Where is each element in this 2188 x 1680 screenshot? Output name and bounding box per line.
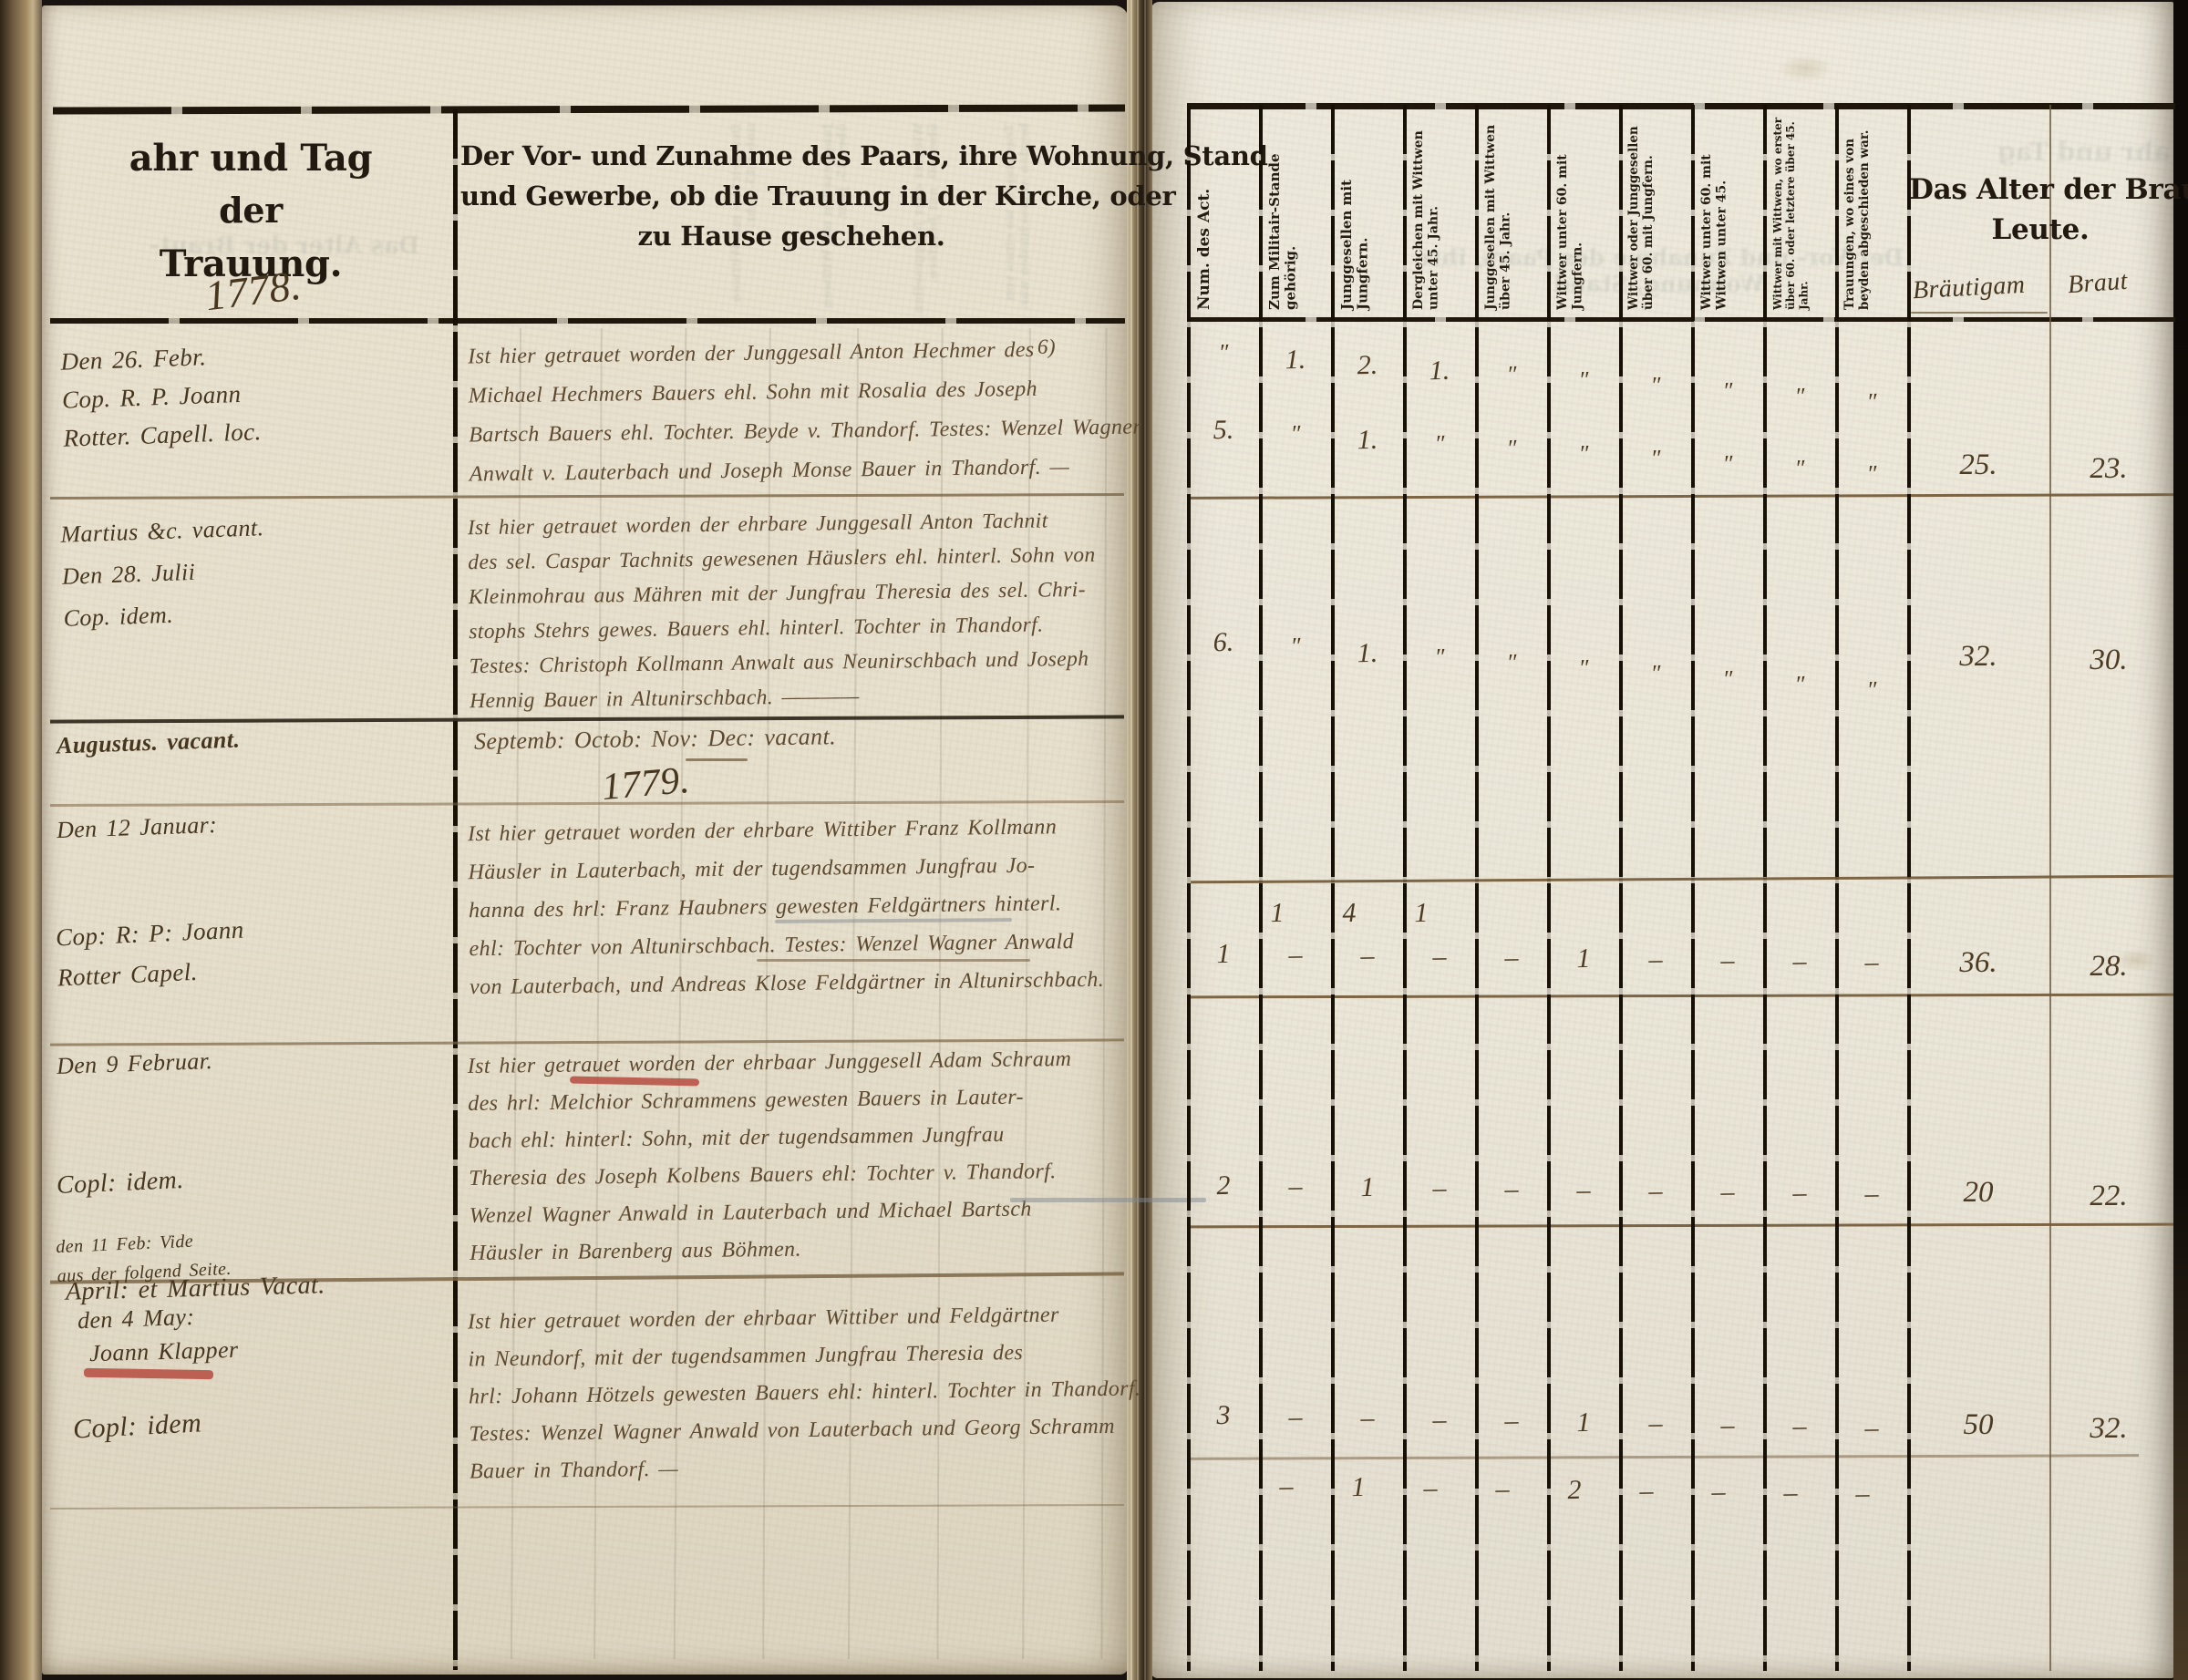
stat-grid-vline	[1763, 105, 1767, 1671]
stat-cell: –	[1698, 1409, 1757, 1441]
stat-grid-vline	[1835, 105, 1839, 1671]
stat-column-header: Num. des Act.	[1195, 117, 1253, 310]
stat-cell: –	[1481, 942, 1541, 974]
stat-cell: ″	[1626, 659, 1685, 687]
stat-cell: 3	[1193, 1399, 1253, 1431]
page-stack-edge	[1144, 0, 1146, 1680]
entry-text-line: Häusler in Barenberg aus Böhmen.	[470, 1228, 1074, 1273]
stat-cell: ″	[1842, 675, 1901, 704]
stat-cell: 1.	[1337, 424, 1397, 456]
stat-cell: ″	[1553, 439, 1613, 468]
age-subheader-bride: Braut	[2067, 267, 2129, 301]
stat-column-header: Wittwer oder Junggesellen über 60. mit J…	[1627, 117, 1685, 310]
stat-cell: –	[1770, 1177, 1829, 1209]
stat-cell: –	[1265, 939, 1325, 971]
stat-grid-vline	[1619, 105, 1623, 1671]
entry6-text: Ist hier getrauet worden der ehrbaar Wit…	[468, 1296, 1142, 1491]
groom-age: 50	[1919, 1408, 2038, 1442]
stat-column-header: Wittwer unter 60. mit Jungfern.	[1555, 117, 1613, 310]
stat-cell: ″	[1842, 387, 1901, 416]
stat-cell: 2.	[1337, 349, 1397, 381]
stat-cell: ″	[1698, 665, 1757, 693]
groom-underline	[1911, 312, 2048, 314]
entry-text-line: von Lauterbach, und Andreas Klose Feldgä…	[470, 961, 1105, 1007]
stat-cell: –	[1265, 1401, 1325, 1433]
stat-cell: 1.	[1409, 355, 1469, 387]
entry-date-line: Den 28. Julii	[61, 549, 265, 598]
entry3-text: Septemb: Octob: Nov: Dec: vacant.	[474, 723, 836, 756]
stat-cell: –	[1842, 1412, 1901, 1444]
stat-cell: ″	[1481, 360, 1541, 388]
stat-cell: –	[1842, 1178, 1901, 1210]
stat-cell: –	[1337, 940, 1397, 972]
stat-grid-vline	[1259, 105, 1263, 1671]
stat-cell: ″	[1193, 338, 1253, 366]
stat-cell: 1	[1247, 897, 1306, 929]
groom-age: 32.	[1919, 640, 2038, 674]
stat-cell: 1	[1553, 1407, 1613, 1438]
stat-cell: –	[1481, 1173, 1541, 1205]
stat-cell: –	[1626, 1407, 1685, 1439]
age-header-line2: Leute.	[1909, 213, 2172, 246]
entry-date-line: Rotter. Capell. loc.	[63, 412, 263, 458]
stat-cell: –	[1553, 1174, 1613, 1206]
left-header-main-line2: und Gewerbe, ob die Trauung in der Kirch…	[460, 180, 1122, 211]
entry-date-line: Cop. idem.	[63, 591, 267, 640]
scanned-register-spread: Dergleichen mit Wittwen unter 45. Jahr. …	[0, 0, 2188, 1680]
book-cover-left-edge	[0, 0, 42, 1680]
stat-cell: –	[1760, 1477, 1820, 1509]
stat-cell: –	[1400, 1472, 1460, 1504]
stat-cell: ″	[1553, 654, 1613, 682]
left-header-main-line1: Der Vor- und Zunahme des Paars, ihre Woh…	[460, 140, 1122, 171]
entry-text-line: Anwalt v. Lauterbach und Joseph Monse Ba…	[470, 447, 1142, 494]
entry5-text: Ist hier getrauet worden der ehrbaar Jun…	[468, 1041, 1075, 1273]
entry6-date: den 4 May:	[77, 1304, 195, 1335]
entry5-cop: Copl: idem.	[56, 1166, 184, 1201]
stat-cell: –	[1698, 944, 1757, 976]
age-header-line1: Das Alter der Braut-	[1909, 173, 2172, 206]
entry4-date: Den 12 Januar:	[57, 811, 218, 844]
left-header-main-line3: zu Hause geschehen.	[460, 221, 1122, 252]
stat-cell: ″	[1626, 444, 1685, 472]
stat-column-header: Dergleichen mit Wittwen unter 45. Jahr.	[1411, 117, 1469, 310]
book-cover-right-edge	[2173, 0, 2188, 1680]
stat-grid-vline	[1907, 105, 1911, 1671]
stat-cell: ″	[1553, 366, 1613, 394]
bride-age: 23.	[2049, 452, 2168, 486]
stat-grid-vline	[1331, 105, 1335, 1671]
right-header-bottom-border	[1187, 317, 2175, 322]
age-subheader-groom: Bräutigam	[1912, 271, 2026, 305]
bride-age: 28.	[2049, 950, 2168, 984]
bride-age: 22.	[2049, 1180, 2168, 1213]
stat-cell: ″	[1481, 648, 1541, 676]
entry6-name: Joann Klapper	[89, 1336, 239, 1367]
stat-cell: –	[1770, 1410, 1829, 1442]
stat-cell: 2	[1193, 1170, 1253, 1201]
stat-cell: –	[1842, 946, 1901, 978]
stat-cell: –	[1688, 1476, 1748, 1508]
stat-cell: ″	[1626, 371, 1685, 399]
stat-cell: –	[1409, 1404, 1469, 1436]
stat-column-header: Trauungen, wo eines von beyden abgeschie…	[1843, 117, 1901, 310]
left-header-date-line2: der	[50, 190, 451, 231]
stat-cell: 1	[1193, 938, 1253, 970]
stat-column-header: Junggesellen mit Jungfern.	[1339, 117, 1397, 310]
stat-cell: –	[1626, 1175, 1685, 1207]
groom-age: 20	[1919, 1176, 2038, 1210]
entry4-cop: Cop: R: P: Joann Rotter Capel.	[55, 910, 246, 998]
stat-grid-vline	[1475, 105, 1479, 1671]
stat-column-header: Wittwer unter 60. mit Wittwen unter 45.	[1699, 117, 1757, 310]
stat-cell: 1	[1553, 943, 1613, 974]
stat-cell: 1	[1391, 897, 1450, 929]
stat-cell: 2	[1544, 1474, 1604, 1506]
groom-age: 36.	[1919, 946, 2038, 980]
stat-cell: ″	[1265, 419, 1325, 448]
entry1-date: Den 26. Febr. Cop. R. P. Joann Rotter. C…	[60, 335, 262, 458]
entry5-date: Den 9 Februar.	[57, 1047, 213, 1080]
entry-date-line: Martius &c. vacant.	[60, 507, 264, 556]
stat-cell: ″	[1481, 434, 1541, 462]
stat-cell: 1.	[1337, 637, 1397, 669]
entry4-text: Ist hier getrauet worden der ehrbare Wit…	[468, 808, 1105, 1006]
year-1779: 1779.	[600, 758, 691, 809]
stat-column-header: Zum Militair-Stande gehörig.	[1267, 117, 1325, 310]
stat-column-header: Junggesellen mit Wittwen über 45. Jahr.	[1483, 117, 1541, 310]
stat-cell: ″	[1770, 382, 1829, 410]
stat-cell: ″	[1698, 449, 1757, 478]
stat-cell: ″	[1842, 459, 1901, 488]
stat-column-header: Wittwer mit Wittwen, wo erster über 60. …	[1771, 117, 1829, 310]
stat-cell: –	[1337, 1402, 1397, 1434]
entry2-date: Martius &c. vacant. Den 28. Julii Cop. i…	[60, 507, 268, 640]
stat-cell: ″	[1265, 632, 1325, 660]
stat-cell: –	[1698, 1176, 1757, 1208]
ink-underline	[757, 959, 1030, 962]
groom-age: 25.	[1919, 448, 2038, 482]
stat-cell: ″	[1770, 670, 1829, 698]
stat-grid-vline	[1187, 105, 1191, 1671]
stat-cell: –	[1616, 1475, 1676, 1507]
left-column-divider	[453, 109, 458, 1670]
entry1-number-note: 6)	[1037, 335, 1056, 359]
stat-cell: –	[1481, 1405, 1541, 1437]
bride-age: 30.	[2049, 644, 2168, 677]
stat-cell: –	[1256, 1470, 1316, 1502]
stat-cell: ″	[1409, 429, 1469, 458]
stat-cell: ″	[1409, 643, 1469, 671]
stat-cell: –	[1472, 1473, 1532, 1505]
nov-underline	[686, 758, 748, 761]
stat-cell: –	[1265, 1170, 1325, 1202]
stat-cell: 4	[1319, 897, 1378, 929]
stat-cell: 1	[1337, 1171, 1397, 1203]
stat-cell: 1	[1328, 1471, 1388, 1503]
stat-grid-vline	[1547, 105, 1551, 1671]
stat-cell: 6.	[1193, 626, 1253, 658]
stat-grid-vline	[1691, 105, 1695, 1671]
stat-cell: 1.	[1265, 344, 1325, 376]
bride-age: 32.	[2049, 1412, 2168, 1446]
pencil-underline	[1010, 1198, 1206, 1202]
entry2-text: Ist hier getrauet worden der ehrbare Jun…	[468, 503, 1098, 718]
stat-cell: ″	[1698, 376, 1757, 405]
stat-cell: –	[1626, 943, 1685, 975]
entry-text-line: Wenzel Wagner Anwald in Lauterbach und M…	[470, 1190, 1074, 1235]
entry-date-line: Rotter Capel.	[57, 949, 246, 997]
entry-date-line: Cop: R: P: Joann	[55, 910, 244, 958]
stat-cell: –	[1409, 1172, 1469, 1204]
stat-cell: ″	[1770, 454, 1829, 482]
right-table-top-border	[1187, 103, 2175, 109]
stat-cell: –	[1770, 945, 1829, 977]
stat-cell: –	[1409, 941, 1469, 973]
stat-cell: 5.	[1193, 414, 1253, 446]
left-header-date-line1: ahr und Tag	[50, 137, 451, 180]
stat-cell: –	[1832, 1478, 1892, 1510]
stat-grid-vline	[1403, 105, 1407, 1671]
